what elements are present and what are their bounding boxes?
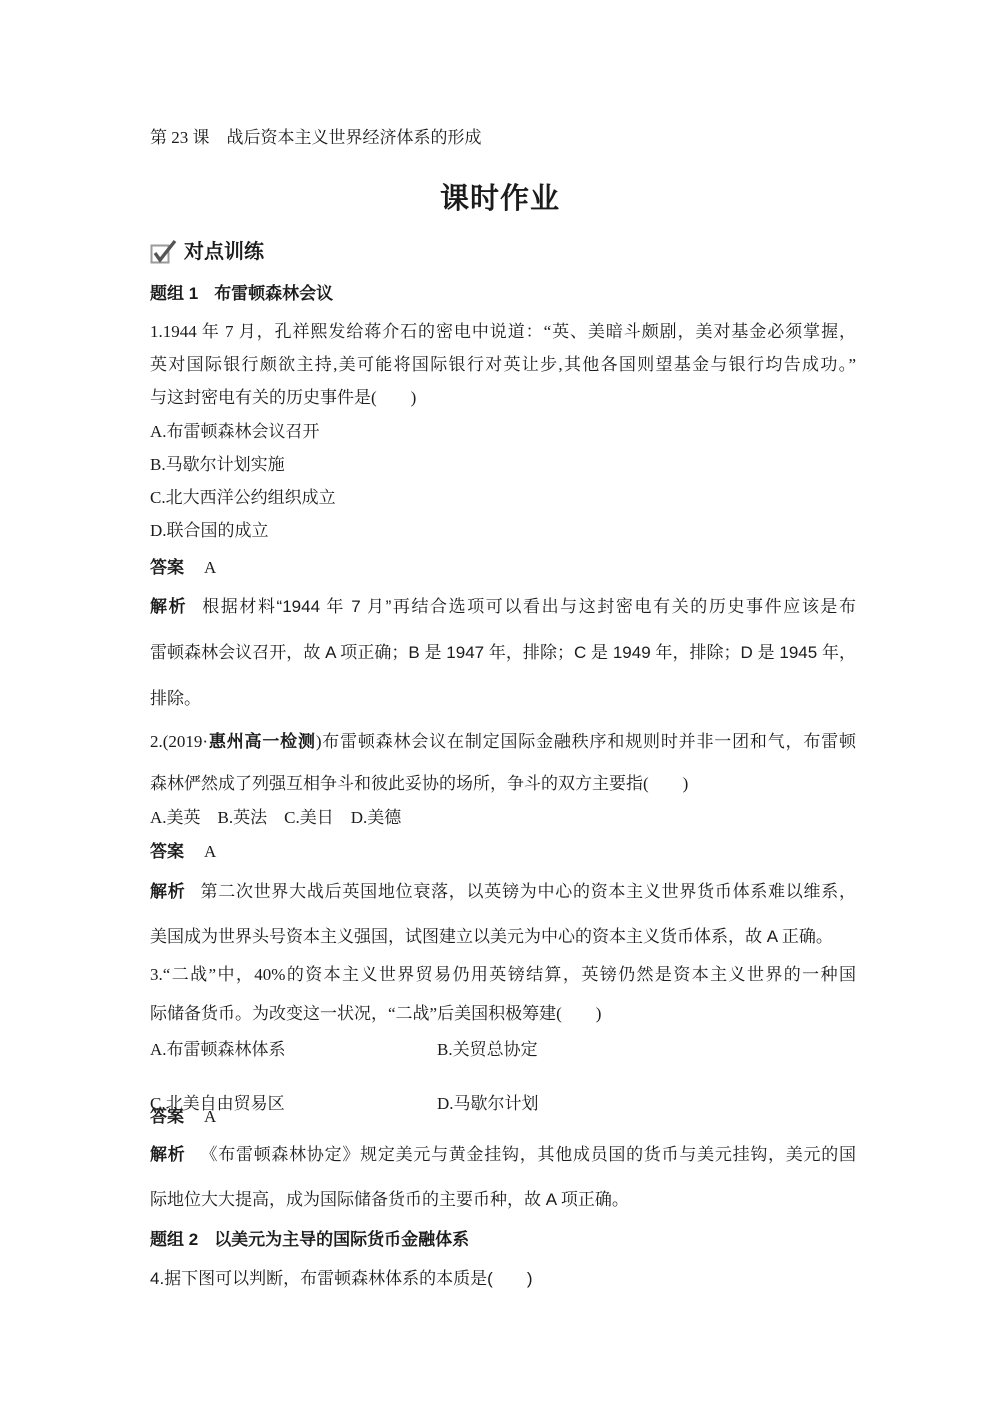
course-header: 第 23 课 战后资本主义世界经济体系的形成 [150, 127, 856, 148]
q2-stem-line-1: 2.(2019·惠州高一检测)布雷顿森林会议在制定国际金融秩序和规则时并非一团和… [150, 731, 856, 752]
q2-options-inline: A.美英 B.英法 C.美日 D.美德 [150, 807, 856, 828]
q2-stem-prefix: 2.(2019· [150, 732, 208, 751]
q3-answer-value: A [204, 1107, 216, 1126]
q1-stem-line-1: 1.1944 年 7 月，孔祥熙发给蒋介石的密电中说道：“英、美暗斗颇剧，美对基… [150, 321, 856, 342]
q1-analysis-line-1: 解析根据材料“1944 年 7 月”再结合选项可以看出与这封密电有关的历史事件应… [150, 596, 856, 617]
group1-header: 题组 1布雷顿森林会议 [150, 283, 856, 304]
worksheet-page: 第 23 课 战后资本主义世界经济体系的形成 课时作业 对点训练 题组 1布雷顿… [0, 0, 1000, 1414]
checked-checkbox-icon [150, 239, 180, 265]
q1-analysis-line-2: 雷顿森林会议召开，故 A 项正确；B 是 1947 年，排除；C 是 1949 … [150, 642, 856, 663]
q4-stem: 4.据下图可以判断，布雷顿森林体系的本质是( ) [150, 1268, 856, 1289]
q3-analysis-label: 解析 [150, 1145, 185, 1164]
q3-option-b: B.关贸总协定 [437, 1039, 538, 1060]
q1-option-b: B.马歇尔计划实施 [150, 454, 856, 475]
q1-answer-value: A [204, 558, 216, 577]
q3-answer-label: 答案 [150, 1107, 184, 1126]
q3-option-a: A.布雷顿森林体系 [150, 1040, 286, 1059]
q1-analysis-text-1: 根据材料“1944 年 7 月”再结合选项可以看出与这封密电有关的历史事件应该是… [202, 597, 856, 616]
q2-answer-row: 答案A [150, 841, 856, 862]
q2-analysis-label: 解析 [150, 882, 185, 901]
q1-answer-label: 答案 [150, 558, 184, 577]
q3-analysis-line-2: 际地位大大提高，成为国际储备货币的主要币种，故 A 项正确。 [150, 1189, 856, 1210]
q3-stem-line-1: 3.“二战”中，40%的资本主义世界贸易仍用英镑结算，英镑仍然是资本主义世界的一… [150, 964, 856, 985]
group2-label: 题组 2 [150, 1230, 198, 1249]
q1-answer-row: 答案A [150, 557, 856, 578]
q1-stem-line-2: 英对国际银行颇欲主持,美可能将国际银行对英让步,其他各国则望基金与银行均告成功。… [150, 354, 856, 375]
group1-title: 布雷顿森林会议 [214, 284, 333, 303]
q2-stem-line-2: 森林俨然成了列强互相争斗和彼此妥协的场所，争斗的双方主要指( ) [150, 773, 856, 794]
q2-analysis-text-1: 第二次世界大战后英国地位衰落，以英镑为中心的资本主义世界货币体系难以维系， [200, 882, 856, 901]
q3-analysis-text-1: 《布雷顿森林协定》规定美元与黄金挂钩，其他成员国的货币与美元挂钩，美元的国 [200, 1145, 856, 1164]
q1-option-c: C.北大西洋公约组织成立 [150, 487, 856, 508]
q1-stem-line-3: 与这封密电有关的历史事件是( ) [150, 387, 856, 408]
q2-analysis-line-1: 解析第二次世界大战后英国地位衰落，以英镑为中心的资本主义世界货币体系难以维系， [150, 881, 856, 902]
page-title: 课时作业 [0, 181, 1000, 217]
q2-answer-value: A [204, 842, 216, 861]
q2-analysis-line-2: 美国成为世界头号资本主义强国，试图建立以美元为中心的资本主义货币体系，故 A 正… [150, 926, 856, 947]
q2-stem-rest: )布雷顿森林会议在制定国际金融秩序和规则时并非一团和气，布雷顿 [316, 732, 856, 751]
q3-options-row-1: A.布雷顿森林体系 B.关贸总协定 [150, 1039, 856, 1060]
q1-analysis-label: 解析 [150, 597, 187, 616]
section-training-label: 对点训练 [184, 240, 264, 265]
group1-label: 题组 1 [150, 284, 198, 303]
q3-stem-line-2: 际储备货币。为改变这一状况，“二战”后美国积极筹建( ) [150, 1003, 856, 1024]
q3-analysis-line-1: 解析《布雷顿森林协定》规定美元与黄金挂钩，其他成员国的货币与美元挂钩，美元的国 [150, 1144, 856, 1165]
q1-analysis-line-3: 排除。 [150, 688, 856, 709]
group2-title: 以美元为主导的国际货币金融体系 [214, 1230, 469, 1249]
q3-answer-row: 答案A [150, 1106, 856, 1127]
section-training: 对点训练 [150, 239, 856, 265]
q2-answer-label: 答案 [150, 842, 184, 861]
q2-stem-source: 惠州高一检测 [208, 732, 316, 751]
q1-option-d: D.联合国的成立 [150, 520, 856, 541]
group2-header: 题组 2以美元为主导的国际货币金融体系 [150, 1229, 856, 1250]
q1-option-a: A.布雷顿森林会议召开 [150, 421, 856, 442]
